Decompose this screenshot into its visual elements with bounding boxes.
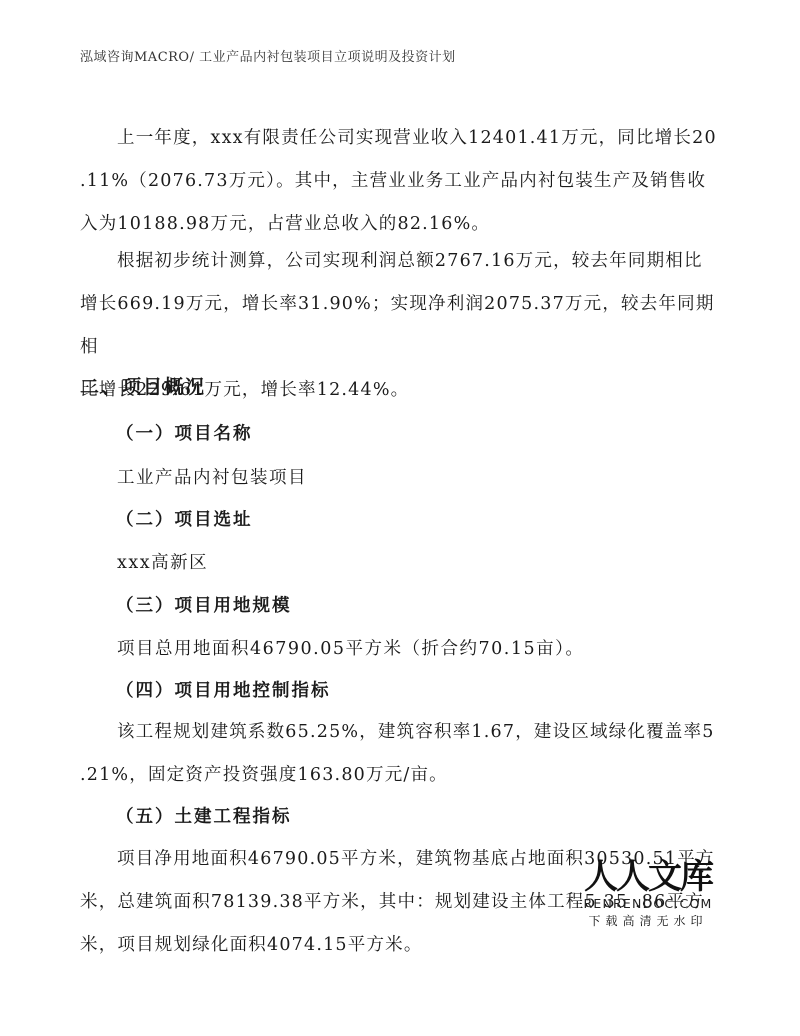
watermark-subtitle: 下载高清无水印: [578, 912, 718, 930]
land-control-paragraph: 该工程规划建筑系数65.25%，建筑容积率1.67，建设区域绿化覆盖率5 .21…: [80, 711, 730, 797]
subsection-heading: （一）项目名称: [116, 420, 253, 445]
project-location: xxx高新区: [117, 549, 208, 574]
subsection-heading: （二）项目选址: [116, 506, 253, 531]
watermark-url: RENRENDOC.COM: [578, 896, 718, 912]
land-scale-text: 项目总用地面积46790.05平方米（折合约70.15亩）。: [117, 635, 584, 660]
text-line: 上一年度，xxx有限责任公司实现营业收入12401.41万元，同比增长20: [80, 117, 730, 160]
subsection-heading: （三）项目用地规模: [116, 592, 292, 617]
revenue-paragraph: 上一年度，xxx有限责任公司实现营业收入12401.41万元，同比增长20 .1…: [80, 117, 730, 246]
section-heading: 二、项目概况: [80, 372, 206, 399]
text-line: .11%（2076.73万元）。其中，主营业业务工业产品内衬包装生产及销售收: [80, 160, 730, 203]
document-header: 泓域咨询MACRO/ 工业产品内衬包装项目立项说明及投资计划: [80, 46, 456, 65]
text-line: 该工程规划建筑系数65.25%，建筑容积率1.67，建设区域绿化覆盖率5: [80, 711, 730, 754]
subsection-heading: （四）项目用地控制指标: [116, 677, 331, 702]
text-line: 米，项目规划绿化面积4074.15平方米。: [80, 924, 730, 967]
text-line: 增长669.19万元，增长率31.90%；实现净利润2075.37万元，较去年同…: [80, 283, 730, 369]
subsection-heading: （五）土建工程指标: [116, 803, 292, 828]
watermark-title: 人人文库: [578, 858, 718, 896]
text-line: 根据初步统计测算，公司实现利润总额2767.16万元，较去年同期相比: [80, 240, 730, 283]
watermark-logo: 人人文库 RENRENDOC.COM 下载高清无水印: [578, 858, 718, 930]
text-line: .21%，固定资产投资强度163.80万元/亩。: [80, 754, 730, 797]
project-name: 工业产品内衬包装项目: [117, 464, 307, 489]
